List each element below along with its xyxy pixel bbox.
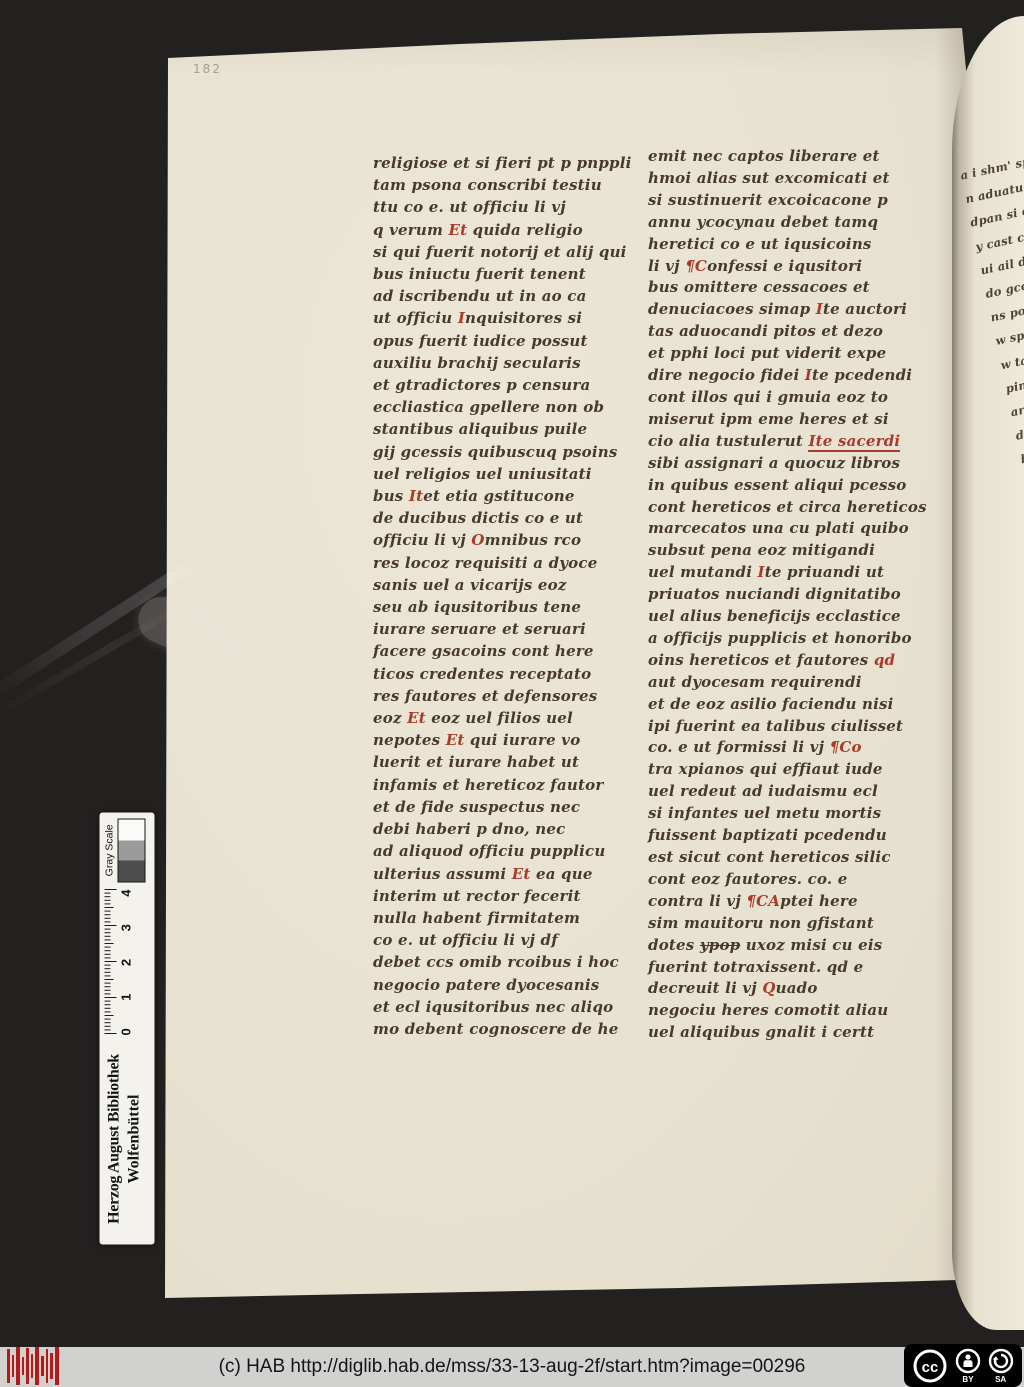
manuscript-line: sibi assignari a quocuz libros bbox=[648, 453, 944, 475]
gray-scale-label: Gray Scale bbox=[104, 819, 116, 883]
manuscript-line: facere gsacoins cont here bbox=[373, 640, 645, 662]
adjacent-page-edge: a i shm' spis can aduatu pcedemdpan si c… bbox=[952, 16, 1024, 1330]
library-name-line2: Wolfenbüttel bbox=[125, 1039, 145, 1238]
manuscript-line: et ecl iqusitoribus nec aliqo bbox=[373, 996, 645, 1018]
ruler-number: 3 bbox=[119, 924, 134, 931]
library-name-line1: Herzog August Bibliothek bbox=[104, 1039, 125, 1238]
manuscript-line: mo debent cognoscere de he bbox=[373, 1018, 645, 1040]
manuscript-line: opus fuerit iudice possut bbox=[373, 330, 645, 352]
manuscript-line: sim mauitoru non gfistant bbox=[648, 913, 944, 935]
manuscript-line: religiose et si fieri pt p pnppli bbox=[373, 152, 645, 174]
manuscript-line: a officijs pupplicis et honoribo bbox=[648, 628, 944, 650]
ruler-number: 4 bbox=[119, 889, 134, 896]
gray-scale-patch bbox=[119, 861, 145, 882]
manuscript-line: iurare seruare et seruari bbox=[373, 618, 645, 640]
manuscript-line: uel religios uel uniusitati bbox=[373, 463, 645, 485]
manuscript-line: res locoz requisiti a dyoce bbox=[373, 552, 645, 574]
manuscript-line: marcecatos una cu plati quibo bbox=[648, 518, 944, 540]
manuscript-line: officiu li vj Omnibus rco bbox=[373, 529, 645, 551]
manuscript-line: si sustinuerit excoicacone p bbox=[648, 190, 944, 212]
manuscript-line: ad iscribendu ut in ao ca bbox=[373, 285, 645, 307]
cc-by-label: BY bbox=[962, 1375, 973, 1384]
manuscript-line: cont hereticos et circa hereticos bbox=[648, 497, 944, 519]
manuscript-line: debet ccs omib rcoibus i hoc bbox=[373, 951, 645, 973]
manuscript-line: gij gcessis quibuscuq psoins bbox=[373, 441, 645, 463]
manuscript-line: debi haberi p dno, nec bbox=[373, 818, 645, 840]
manuscript-line: infamis et hereticoz fautor bbox=[373, 774, 645, 796]
svg-text:cc: cc bbox=[922, 1359, 939, 1376]
manuscript-line: res fautores et defensores bbox=[373, 685, 645, 707]
manuscript-line: cio alia tustulerut Ite sacerdi bbox=[648, 431, 944, 453]
manuscript-line: contra li vj ¶CAptei here bbox=[648, 891, 944, 913]
adjacent-page-text: a i shm' spis can aduatu pcedemdpan si c… bbox=[958, 116, 1024, 1134]
manuscript-line: negociu heres comotit aliau bbox=[648, 1000, 944, 1022]
manuscript-line: negocio patere dyocesanis bbox=[373, 974, 645, 996]
manuscript-line: luerit et iurare habet ut bbox=[373, 751, 645, 773]
manuscript-line: cont illos qui i gmuia eoz to bbox=[648, 387, 944, 409]
cc-icon: cc bbox=[912, 1348, 948, 1384]
manuscript-line: ulterius assumi Et ea que bbox=[373, 863, 645, 885]
manuscript-line: uel alius beneficijs ecclastice bbox=[648, 606, 944, 628]
manuscript-line: subsut pena eoz mitigandi bbox=[648, 540, 944, 562]
cc-sa-icon: SA bbox=[988, 1348, 1014, 1384]
manuscript-line: annu ycocynau debet tamq bbox=[648, 212, 944, 234]
manuscript-line: bus omittere cessacoes et bbox=[648, 277, 944, 299]
ruler: 01234 bbox=[104, 886, 151, 1035]
manuscript-line: uel aliquibus gnalit i certt bbox=[648, 1022, 944, 1044]
manuscript-line: heretici co e ut iqusicoins bbox=[648, 234, 944, 256]
manuscript-line: emit nec captos liberare et bbox=[648, 146, 944, 168]
manuscript-line: co e. ut officiu li vj df bbox=[373, 929, 645, 951]
manuscript-line: bus Itet etia gstitucone bbox=[373, 485, 645, 507]
manuscript-line: si infantes uel metu mortis bbox=[648, 803, 944, 825]
manuscript-line: tam psona conscribi testiu bbox=[373, 174, 645, 196]
manuscript-line: fuerint totraxissent. qd e bbox=[648, 957, 944, 979]
manuscript-line: tas aduocandi pitos et dezo bbox=[648, 321, 944, 343]
copyright-url-text: (c) HAB http://diglib.hab.de/mss/33-13-a… bbox=[0, 1347, 1024, 1387]
hab-logo-icon bbox=[7, 1346, 59, 1386]
cc-sa-label: SA bbox=[995, 1375, 1006, 1384]
manuscript-line: bus iniuctu fuerit tenent bbox=[373, 263, 645, 285]
manuscript-line: cont eoz fautores. co. e bbox=[648, 869, 944, 891]
manuscript-line: de ducibus dictis co e ut bbox=[373, 507, 645, 529]
gray-scale: Gray Scale bbox=[104, 819, 151, 883]
reference-card-inner: Herzog August Bibliothek Wolfenbüttel 01… bbox=[100, 813, 155, 1245]
ruler-number: 0 bbox=[119, 1028, 134, 1035]
manuscript-line: miserut ipm eme heres et si bbox=[648, 409, 944, 431]
manuscript-line: uel mutandi Ite priuandi ut bbox=[648, 562, 944, 584]
digitized-manuscript-view: 182 religiose et si fieri pt p pnpplitam… bbox=[0, 0, 1024, 1387]
manuscript-line: interim ut rector fecerit bbox=[373, 885, 645, 907]
manuscript-line: nepotes Et qui iurare vo bbox=[373, 729, 645, 751]
manuscript-line: ipi fuerint ea talibus ciulisset bbox=[648, 716, 944, 738]
manuscript-line: et de fide suspectus nec bbox=[373, 796, 645, 818]
cc-by-icon: BY bbox=[955, 1348, 981, 1384]
manuscript-line: dire negocio fidei Ite pcedendi bbox=[648, 365, 944, 387]
manuscript-line: eoz Et eoz uel filios uel bbox=[373, 707, 645, 729]
manuscript-line: q verum Et quida religio bbox=[373, 219, 645, 241]
ruler-number: 1 bbox=[119, 994, 134, 1001]
manuscript-line: et gtradictores p censura bbox=[373, 374, 645, 396]
manuscript-line: si qui fuerit notorij et alij qui bbox=[373, 241, 645, 263]
manuscript-line: uel redeut ad iudaismu ecl bbox=[648, 781, 944, 803]
manuscript-line: nulla habent firmitatem bbox=[373, 907, 645, 929]
manuscript-line: denuciacoes simap Ite auctori bbox=[648, 299, 944, 321]
manuscript-line: tra xpianos qui effiaut iude bbox=[648, 759, 944, 781]
manuscript-line: co. e ut formissi li vj ¶Co bbox=[648, 737, 944, 759]
manuscript-line: ad aliquod officiu pupplicu bbox=[373, 840, 645, 862]
manuscript-line: stantibus aliquibus puile bbox=[373, 418, 645, 440]
manuscript-line: fuissent baptizati pcedendu bbox=[648, 825, 944, 847]
manuscript-line: ttu co e. ut officiu li vj bbox=[373, 196, 645, 218]
manuscript-line: ut officiu Inquisitores si bbox=[373, 307, 645, 329]
ruler-ticks bbox=[105, 887, 119, 1035]
gray-scale-patches bbox=[118, 819, 146, 883]
manuscript-line: in quibus essent aliqui pcesso bbox=[648, 475, 944, 497]
manuscript-line: eccliastica gpellere non ob bbox=[373, 396, 645, 418]
manuscript-line: dotes ypop uxoz misi cu eis bbox=[648, 935, 944, 957]
footer-bar: (c) HAB http://diglib.hab.de/mss/33-13-a… bbox=[0, 1347, 1024, 1387]
manuscript-line: ticos credentes receptato bbox=[373, 663, 645, 685]
reference-card: Herzog August Bibliothek Wolfenbüttel 01… bbox=[99, 813, 154, 1245]
gray-scale-patch bbox=[119, 840, 145, 861]
manuscript-line: sanis uel a vicarijs eoz bbox=[373, 574, 645, 596]
manuscript-line: aut dyocesam requirendi bbox=[648, 672, 944, 694]
text-column-right: emit nec captos liberare ethmoi alias su… bbox=[648, 146, 944, 1044]
cc-license-badge: cc BY SA bbox=[904, 1344, 1022, 1387]
manuscript-line: auxiliu brachij secularis bbox=[373, 352, 645, 374]
manuscript-line: et pphi loci put viderit expe bbox=[648, 343, 944, 365]
ruler-numbers: 01234 bbox=[119, 889, 134, 1035]
manuscript-line: et de eoz asilio faciendu nisi bbox=[648, 694, 944, 716]
manuscript-line: hmoi alias sut excomicati et bbox=[648, 168, 944, 190]
ruler-number: 2 bbox=[119, 959, 134, 966]
gray-scale-patch bbox=[119, 820, 145, 841]
folio-number: 182 bbox=[193, 62, 222, 76]
manuscript-line: est sicut cont hereticos silic bbox=[648, 847, 944, 869]
manuscript-line: decreuit li vj Quado bbox=[648, 978, 944, 1000]
manuscript-page: 182 religiose et si fieri pt p pnpplitam… bbox=[160, 22, 976, 1304]
library-name: Herzog August Bibliothek Wolfenbüttel bbox=[104, 1039, 151, 1238]
manuscript-line: priuatos nuciandi dignitatibo bbox=[648, 584, 944, 606]
manuscript-line: oins hereticos et fautores qd bbox=[648, 650, 944, 672]
text-column-left: religiose et si fieri pt p pnpplitam pso… bbox=[373, 152, 645, 1040]
manuscript-line: seu ab iqusitoribus tene bbox=[373, 596, 645, 618]
manuscript-line: li vj ¶Confessi e iqusitori bbox=[648, 256, 944, 278]
